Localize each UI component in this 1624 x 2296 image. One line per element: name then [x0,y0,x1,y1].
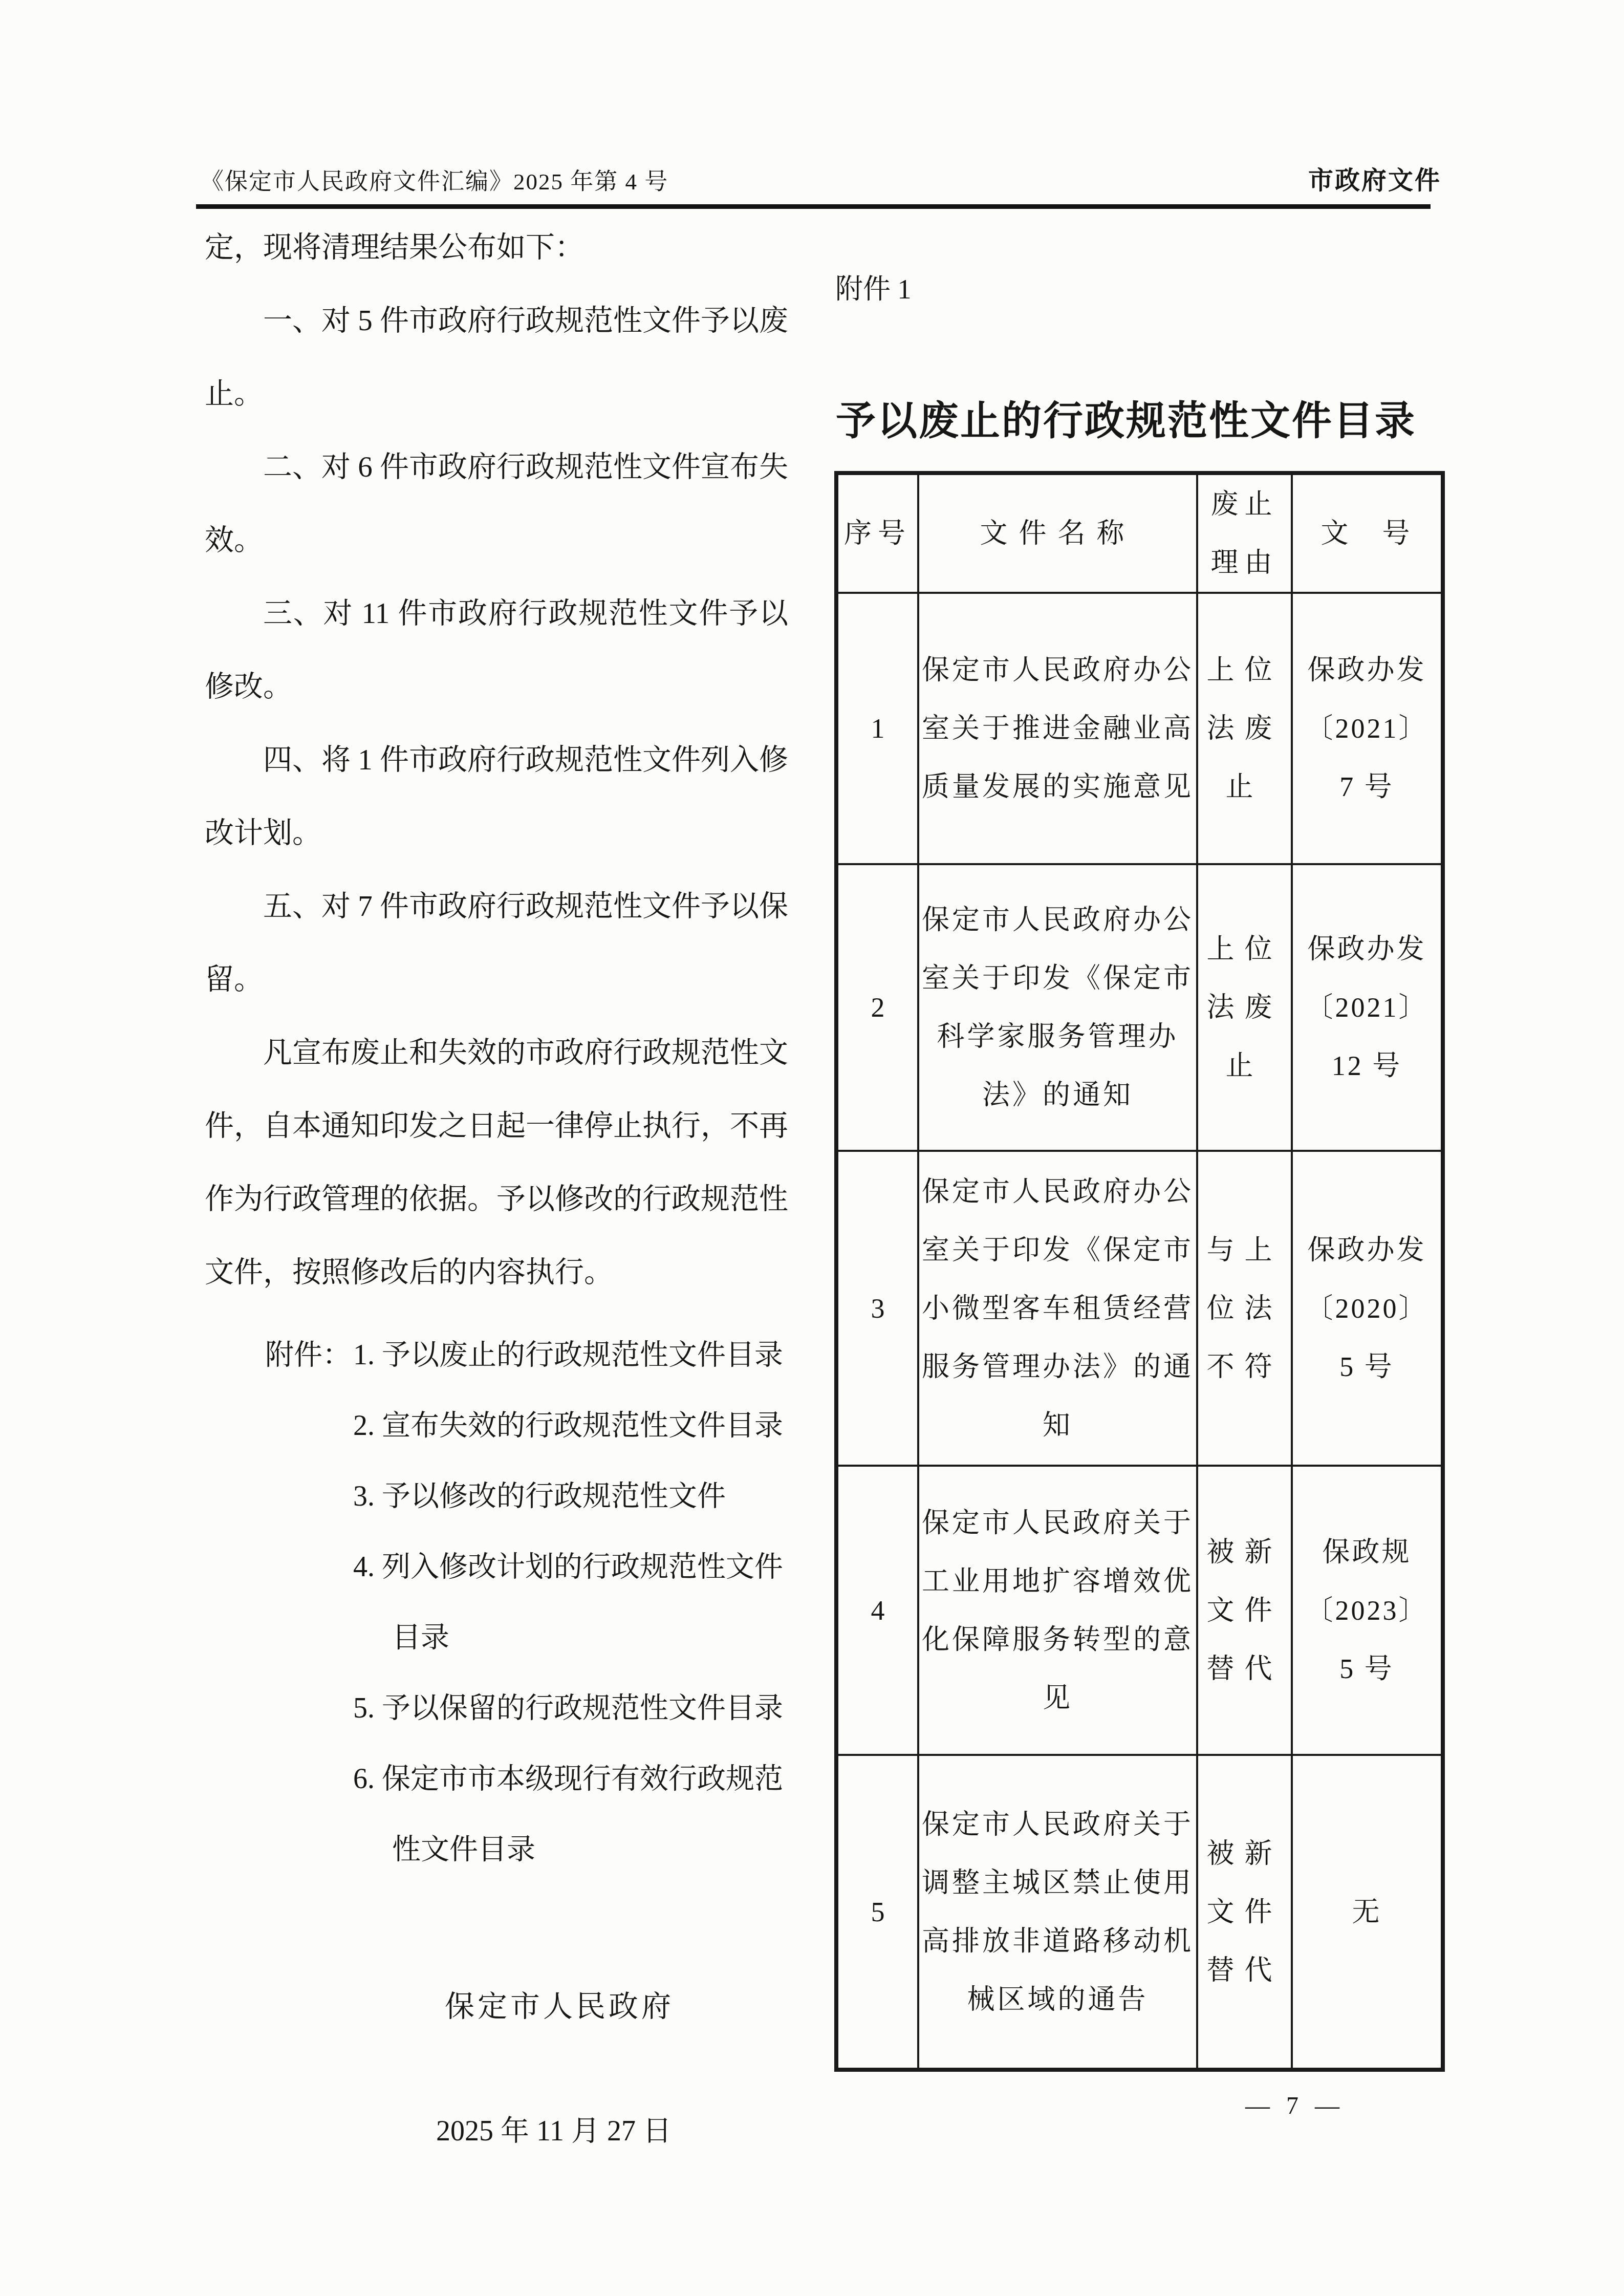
attachment-item: 1. 予以废止的行政规范性文件目录 [353,1320,797,1390]
row-doc-number: 保政办发 〔2021〕 7 号 [1292,593,1443,864]
attachment-item: 6. 保定市市本级现行有效行政规范性文件目录 [353,1744,797,1885]
attachment-list-label: 附件： [265,1320,353,1390]
row-repeal-reason: 与上位法不符 [1197,1151,1292,1466]
attachment-row: 5. 予以保留的行政规范性文件目录 [265,1673,797,1744]
compilation-header: 《保定市人民政府文件汇编》2025 年第 4 号 [201,163,668,196]
attachment-label-spacer [265,1673,353,1744]
table-header-row: 序号 文件名称 废止理由 文 号 [836,473,1443,593]
row-doc-name: 保定市人民政府关于工业用地扩容增效优化保障服务转型的意见 [918,1466,1197,1755]
row-doc-number: 保政办发 〔2021〕 12 号 [1292,864,1443,1151]
attachment-row: 4. 列入修改计划的行政规范性文件目录 [265,1532,797,1673]
attachment-label-spacer [265,1390,353,1461]
table-row: 4 保定市人民政府关于工业用地扩容增效优化保障服务转型的意见 被新文件替代 保政… [836,1466,1443,1755]
repealed-documents-table: 序号 文件名称 废止理由 文 号 1 保定市人民政府办公室关于推进金融业高质量发… [834,471,1445,2072]
attachment-row: 3. 予以修改的行政规范性文件 [265,1461,797,1532]
attachment-item: 5. 予以保留的行政规范性文件目录 [353,1673,797,1744]
body-paragraph: 一、对 5 件市政府行政规范性文件予以废止。 [205,284,788,431]
row-repeal-reason: 被新文件替代 [1197,1466,1292,1755]
table-row: 3 保定市人民政府办公室关于印发《保定市小微型客车租赁经营服务管理办法》的通知 … [836,1151,1443,1466]
doc-category-header: 市政府文件 [1308,161,1441,197]
body-paragraph: 定，现将清理结果公布如下： [205,211,788,284]
row-doc-name: 保定市人民政府办公室关于印发《保定市小微型客车租赁经营服务管理办法》的通知 [918,1151,1197,1466]
attachment-item: 3. 予以修改的行政规范性文件 [353,1461,797,1532]
attachment-row: 6. 保定市市本级现行有效行政规范性文件目录 [265,1744,797,1885]
body-paragraph: 五、对 7 件市政府行政规范性文件予以保留。 [205,870,788,1016]
column-header-name: 文件名称 [918,473,1197,593]
attachment-item: 2. 宣布失效的行政规范性文件目录 [353,1390,797,1461]
body-paragraph: 凡宣布废止和失效的市政府行政规范性文件，自本通知印发之日起一律停止执行，不再作为… [205,1016,788,1309]
attachment-row: 附件： 1. 予以废止的行政规范性文件目录 [265,1320,797,1390]
column-header-no: 序号 [836,473,918,593]
table-row: 5 保定市人民政府关于调整主城区禁止使用高排放非道路移动机械区域的通告 被新文件… [836,1755,1443,2070]
attachment-label-spacer [265,1532,353,1673]
attachment-list: 附件： 1. 予以废止的行政规范性文件目录 2. 宣布失效的行政规范性文件目录 … [265,1320,797,1885]
column-header-reason: 废止理由 [1197,473,1292,593]
page-number: — 7 — [1218,2092,1372,2120]
body-paragraph: 四、将 1 件市政府行政规范性文件列入修改计划。 [205,723,788,870]
attachment-row: 2. 宣布失效的行政规范性文件目录 [265,1390,797,1461]
annex-label: 附件 1 [835,267,912,307]
table-row: 2 保定市人民政府办公室关于印发《保定市科学家服务管理办法》的通知 上位法废止 … [836,864,1443,1151]
row-no: 4 [836,1466,918,1755]
row-no: 3 [836,1151,918,1466]
row-doc-name: 保定市人民政府办公室关于推进金融业高质量发展的实施意见 [918,593,1197,864]
row-doc-name: 保定市人民政府关于调整主城区禁止使用高排放非道路移动机械区域的通告 [918,1755,1197,2070]
row-repeal-reason: 上位法废止 [1197,864,1292,1151]
row-doc-name: 保定市人民政府办公室关于印发《保定市科学家服务管理办法》的通知 [918,864,1197,1151]
row-doc-number: 保政办发 〔2020〕 5 号 [1292,1151,1443,1466]
body-text: 定，现将清理结果公布如下： 一、对 5 件市政府行政规范性文件予以废止。 二、对… [205,211,788,1309]
row-doc-number: 保政规 〔2023〕 5 号 [1292,1466,1443,1755]
attachment-item: 4. 列入修改计划的行政规范性文件目录 [353,1532,797,1673]
row-no: 5 [836,1755,918,2070]
attachment-label-spacer [265,1461,353,1532]
row-repeal-reason: 被新文件替代 [1197,1755,1292,2070]
row-repeal-reason: 上位法废止 [1197,593,1292,864]
header-divider [196,204,1431,209]
document-page: 《保定市人民政府文件汇编》2025 年第 4 号 市政府文件 定，现将清理结果公… [0,0,1624,2296]
body-paragraph: 二、对 6 件市政府行政规范性文件宣布失效。 [205,431,788,577]
row-no: 2 [836,864,918,1151]
issuer-signature: 保定市人民政府 [355,1982,764,2025]
row-doc-number: 无 [1292,1755,1443,2070]
table-row: 1 保定市人民政府办公室关于推进金融业高质量发展的实施意见 上位法废止 保政办发… [836,593,1443,864]
attachment-label-spacer [265,1744,353,1885]
annex-title: 予以废止的行政规范性文件目录 [809,397,1443,444]
body-paragraph: 三、对 11 件市政府行政规范性文件予以修改。 [205,577,788,723]
column-header-docno: 文 号 [1292,473,1443,593]
issue-date: 2025 年 11 月 27 日 [349,2108,759,2149]
row-no: 1 [836,593,918,864]
